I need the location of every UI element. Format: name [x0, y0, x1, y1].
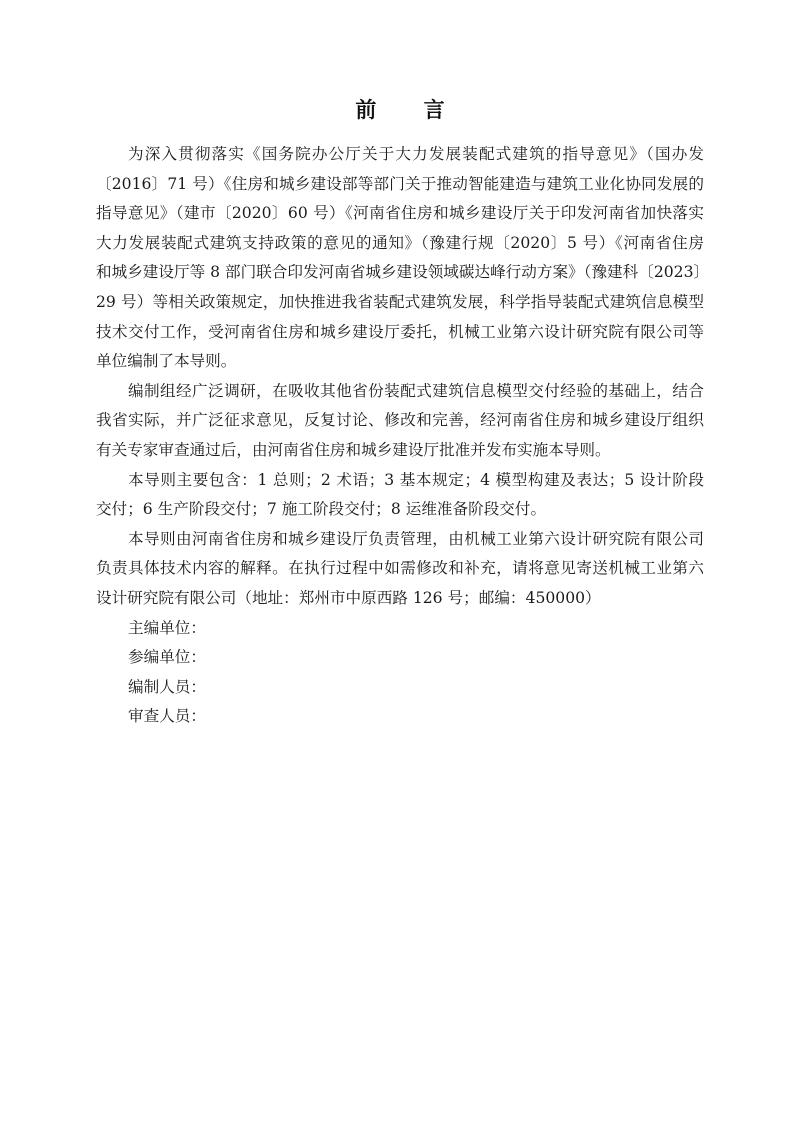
paragraph-contents-summary: 本导则主要包含：1 总则；2 术语；3 基本规定；4 模型构建及表达；5 设计阶… — [96, 466, 704, 525]
field-participating-unit: 参编单位： — [96, 643, 704, 673]
page-title: 前 言 — [0, 94, 800, 124]
text-line: 指导意见》（建市〔2020〕60 号）《河南省住房和城乡建设厅关于印发河南省加快… — [96, 199, 704, 229]
paragraph-compilation-process: 编制组经广泛调研，在吸收其他省份装配式建筑信息模型交付经验的基础上，结合 我省实… — [96, 377, 704, 466]
text-line: 本导则由河南省住房和城乡建设厅负责管理，由机械工业第六设计研究院有限公司 — [96, 525, 704, 555]
field-label: 参编单位： — [128, 648, 206, 666]
text-line: 交付；6 生产阶段交付；7 施工阶段交付；8 运维准备阶段交付。 — [96, 495, 704, 525]
paragraph-foreword-basis: 为深入贯彻落实《国务院办公厅关于大力发展装配式建筑的指导意见》（国办发 〔201… — [96, 140, 704, 377]
field-label: 编制人员： — [128, 678, 206, 696]
text-line: 〔2016〕71 号）《住房和城乡建设部等部门关于推动智能建造与建筑工业化协同发… — [96, 170, 704, 200]
field-chief-editor-unit: 主编单位： — [96, 614, 704, 644]
text-line: 为深入贯彻落实《国务院办公厅关于大力发展装配式建筑的指导意见》（国办发 — [96, 140, 704, 170]
text-line: 本导则主要包含：1 总则；2 术语；3 基本规定；4 模型构建及表达；5 设计阶… — [96, 466, 704, 496]
text-line: 负责具体技术内容的解释。在执行过程中如需修改和补充，请将意见寄送机械工业第六 — [96, 554, 704, 584]
text-line: 和城乡建设厅等 8 部门联合印发河南省城乡建设领域碳达峰行动方案》（豫建科〔20… — [96, 258, 704, 288]
text-line: 大力发展装配式建筑支持政策的意见的通知》（豫建行规〔2020〕5 号）《河南省住… — [96, 229, 704, 259]
text-line: 技术交付工作，受河南省住房和城乡建设厅委托，机械工业第六设计研究院有限公司等 — [96, 318, 704, 348]
text-line: 单位编制了本导则。 — [96, 347, 704, 377]
field-compilers: 编制人员： — [96, 673, 704, 703]
text-line: 我省实际，并广泛征求意见，反复讨论、修改和完善，经河南省住房和城乡建设厅组织 — [96, 406, 704, 436]
document-body: 为深入贯彻落实《国务院办公厅关于大力发展装配式建筑的指导意见》（国办发 〔201… — [96, 140, 704, 732]
text-line: 有关专家审查通过后，由河南省住房和城乡建设厅批准并发布实施本导则。 — [96, 436, 704, 466]
document-page: 前 言 为深入贯彻落实《国务院办公厅关于大力发展装配式建筑的指导意见》（国办发 … — [0, 0, 800, 1132]
contributors-section: 主编单位： 参编单位： 编制人员： 审查人员： — [96, 614, 704, 732]
text-line: 29 号）等相关政策规定，加快推进我省装配式建筑发展，科学指导装配式建筑信息模型 — [96, 288, 704, 318]
text-line: 设计研究院有限公司（地址：郑州市中原西路 126 号；邮编：450000） — [96, 584, 704, 614]
field-label: 审查人员： — [128, 707, 206, 725]
field-reviewers: 审查人员： — [96, 702, 704, 732]
paragraph-management-contact: 本导则由河南省住房和城乡建设厅负责管理，由机械工业第六设计研究院有限公司 负责具… — [96, 525, 704, 614]
field-label: 主编单位： — [128, 619, 206, 637]
text-line: 编制组经广泛调研，在吸收其他省份装配式建筑信息模型交付经验的基础上，结合 — [96, 377, 704, 407]
